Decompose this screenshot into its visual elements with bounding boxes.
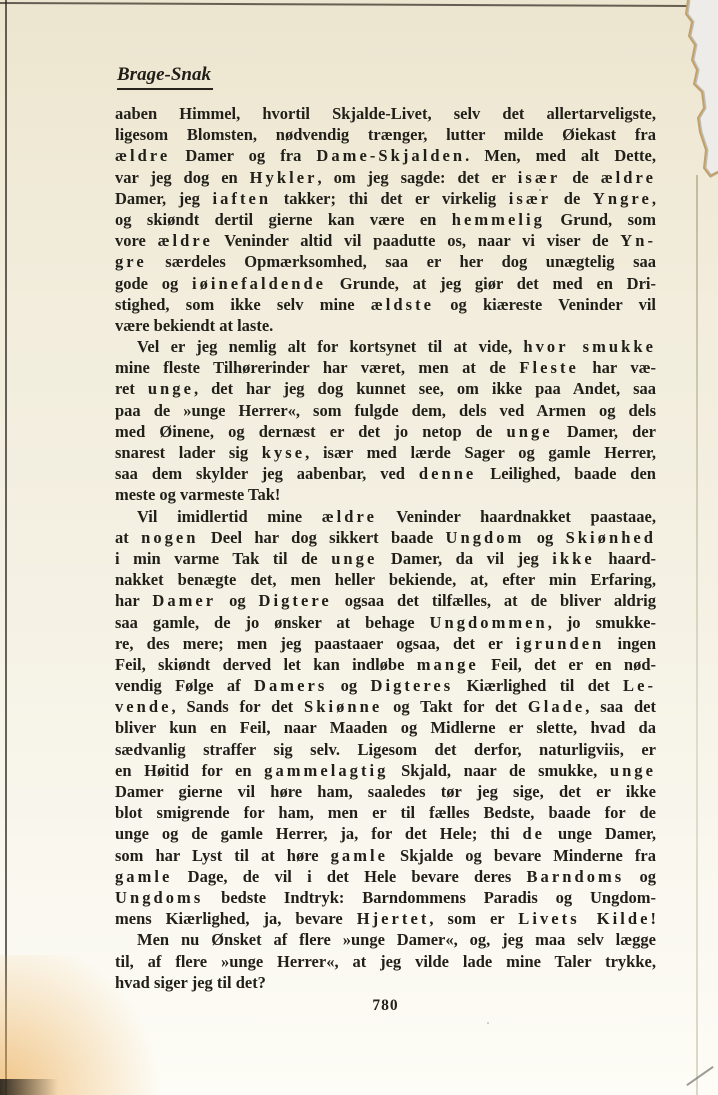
text-line: Damer gierne vil høre ham, saaledes tør … bbox=[115, 781, 656, 802]
letterspaced-word: Damer bbox=[152, 591, 216, 610]
letterspaced-word: Ungdommen bbox=[430, 613, 548, 632]
letterspaced-word: Dame-Skjalden bbox=[316, 146, 465, 165]
letterspaced-word: ældre bbox=[115, 146, 170, 165]
text-line: i min varme Tak til de unge Damer, da vi… bbox=[115, 548, 656, 569]
page-number: 780 bbox=[115, 997, 656, 1015]
text-line: meste og varmeste Tak! bbox=[115, 484, 656, 505]
text-line: nakket benægte det, men heller bekiende,… bbox=[115, 569, 656, 590]
letterspaced-word: unge bbox=[148, 379, 194, 398]
text-line: ældre Damer og fra Dame-Skjalden. Men, m… bbox=[115, 145, 656, 166]
text-line: stighed, som ikke selv mine ældste og ki… bbox=[115, 294, 656, 315]
text-line: Ungdoms bedste Indtryk: Barndommens Para… bbox=[115, 887, 656, 908]
letterspaced-word: unge bbox=[610, 761, 656, 780]
text-line: vende, Sands for det Skiønne og Takt for… bbox=[115, 696, 656, 717]
letterspaced-word: Ungdom bbox=[446, 528, 525, 547]
text-line: bliver kun en Feil, naar Maaden og Midle… bbox=[115, 717, 656, 738]
letterspaced-word: denne bbox=[419, 464, 476, 483]
scratch-mark bbox=[686, 1066, 713, 1086]
letterspaced-word: gamle bbox=[331, 846, 388, 865]
letterspaced-word: igrunden bbox=[516, 634, 605, 653]
text-line: har Damer og Digtere ogsaa det tilfælles… bbox=[115, 590, 656, 611]
text-line: vore ældre Veninder altid vil paadutte o… bbox=[115, 230, 656, 251]
letterspaced-word: iøinefaldende bbox=[192, 274, 326, 293]
letterspaced-word: mange bbox=[417, 655, 479, 674]
text-line: unge og de gamle Herrer, ja, for det Hel… bbox=[115, 823, 656, 844]
letterspaced-word: ikke bbox=[552, 549, 594, 568]
letterspaced-word: Ungdoms bbox=[115, 888, 203, 907]
letterspaced-word: Fleste bbox=[519, 358, 579, 377]
bottom-left-shadow bbox=[0, 1079, 58, 1095]
page-left-edge bbox=[5, 0, 7, 1095]
paper-speck bbox=[487, 1022, 489, 1024]
letterspaced-word: ældre bbox=[601, 168, 656, 187]
text-line: gamle Dage, de vil i det Hele bevare der… bbox=[115, 866, 656, 887]
text-line: saa gamle, de jo ønsker at behage Ungdom… bbox=[115, 612, 656, 633]
letterspaced-word: Damers bbox=[254, 676, 327, 695]
text-line: vendig Følge af Damers og Digteres Kiærl… bbox=[115, 675, 656, 696]
letterspaced-word: Glade bbox=[528, 697, 585, 716]
letterspaced-word: iaften bbox=[212, 189, 271, 208]
text-line: Vil imidlertid mine ældre Veninder haard… bbox=[115, 506, 656, 527]
letterspaced-word: især bbox=[509, 189, 551, 208]
letterspaced-word: gammelagtig bbox=[264, 761, 388, 780]
text-line: og skiøndt dertil gierne kan være en hem… bbox=[115, 209, 656, 230]
letterspaced-word: Digtere bbox=[259, 591, 332, 610]
letterspaced-word: unge bbox=[507, 422, 553, 441]
running-header: Brage-Snak bbox=[117, 64, 213, 90]
text-line: Men nu Ønsket af flere »unge Damer«, og,… bbox=[115, 929, 656, 950]
text-line: være bekiendt at laste. bbox=[115, 315, 656, 336]
letterspaced-word: Le- bbox=[623, 676, 656, 695]
letterspaced-word: de bbox=[522, 824, 545, 843]
text-line: at nogen Deel har dog sikkert baade Ungd… bbox=[115, 527, 656, 548]
text-line: saa dem skylder jeg aabenbar, ved denne … bbox=[115, 463, 656, 484]
text-line: blot smigrende for ham, men er til fælle… bbox=[115, 802, 656, 823]
letterspaced-word: Yngre bbox=[593, 189, 652, 208]
letterspaced-word: især bbox=[518, 168, 560, 187]
letterspaced-word: nogen bbox=[141, 528, 198, 547]
body-text: aaben Himmel, hvortil Skjalde-Livet, sel… bbox=[115, 103, 656, 993]
letterspaced-word: ældre bbox=[158, 231, 213, 250]
text-line: gre særdeles Opmærksomhed, saa er her do… bbox=[115, 251, 656, 272]
text-line: snarest lader sig kyse, især med lærde S… bbox=[115, 442, 656, 463]
letterspaced-word: kyse bbox=[262, 443, 305, 462]
text-line: som har Lyst til at høre gamle Skjalde o… bbox=[115, 845, 656, 866]
text-line: til, af flere »unge Herrer«, at jeg vild… bbox=[115, 951, 656, 972]
letterspaced-word: Digteres bbox=[371, 676, 454, 695]
text-line: paa de »unge Herrer«, som fulgde dem, de… bbox=[115, 400, 656, 421]
text-line: ret unge, det har jeg dog kunnet see, om… bbox=[115, 378, 656, 399]
text-line: aaben Himmel, hvortil Skjalde-Livet, sel… bbox=[115, 103, 656, 124]
text-line: ligesom Blomsten, nødvendig trænger, lut… bbox=[115, 124, 656, 145]
text-line: sædvanlig straffer sig selv. Ligesom det… bbox=[115, 739, 656, 760]
page-top-edge bbox=[0, 2, 689, 7]
letterspaced-word: hvor smukke bbox=[523, 337, 656, 356]
letterspaced-word: gamle bbox=[115, 867, 172, 886]
text-line: hvad siger jeg til det? bbox=[115, 972, 656, 993]
letterspaced-word: Livets Kilde bbox=[518, 909, 650, 928]
text-line: gode og iøinefaldende Grunde, at jeg giø… bbox=[115, 273, 656, 294]
scanned-book-page: Brage-Snak aaben Himmel, hvortil Skjalde… bbox=[0, 0, 718, 1095]
letterspaced-word: ældste bbox=[371, 295, 434, 314]
letterspaced-word: unge bbox=[331, 549, 377, 568]
letterspaced-word: Hykler bbox=[250, 168, 318, 187]
letterspaced-word: Yn- bbox=[620, 231, 656, 250]
text-line: med Øinene, og dernæst er det jo netop d… bbox=[115, 421, 656, 442]
text-line: re, des mere; men jeg paastaaer ogsaa, d… bbox=[115, 633, 656, 654]
letterspaced-word: Hjertet bbox=[357, 909, 430, 928]
fold-crease-line bbox=[696, 175, 698, 1095]
letterspaced-word: gre bbox=[115, 252, 147, 271]
torn-corner bbox=[648, 0, 718, 185]
text-line: Feil, skiøndt derved let kan indløbe man… bbox=[115, 654, 656, 675]
letterspaced-word: hemmelig bbox=[452, 210, 545, 229]
text-line: mens Kiærlighed, ja, bevare Hjertet, som… bbox=[115, 908, 656, 929]
letterspaced-word: Barndoms bbox=[527, 867, 625, 886]
text-line: Damer, jeg iaften takker; thi det er vir… bbox=[115, 188, 656, 209]
letterspaced-word: ældre bbox=[322, 507, 377, 526]
letterspaced-word: Skiønne bbox=[304, 697, 382, 716]
text-line: var jeg dog en Hykler, om jeg sagde: det… bbox=[115, 167, 656, 188]
letterspaced-word: vende bbox=[115, 697, 172, 716]
text-line: mine fleste Tilhørerinder har været, men… bbox=[115, 357, 656, 378]
text-line: Vel er jeg nemlig alt for kortsynet til … bbox=[115, 336, 656, 357]
letterspaced-word: Skiønhed bbox=[566, 528, 656, 547]
text-line: en Høitid for en gammelagtig Skjald, naa… bbox=[115, 760, 656, 781]
